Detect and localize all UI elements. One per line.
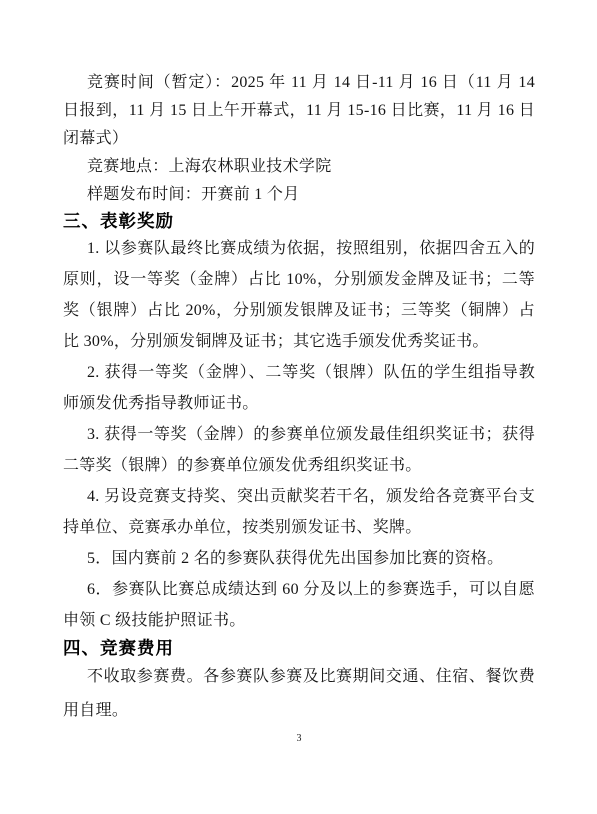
paragraph-sample-release-time: 样题发布时间：开赛前 1 个月 <box>63 181 535 209</box>
document-page: 竞赛时间（暂定）：2025 年 11 月 14 日-11 月 16 日（11 月… <box>0 0 597 814</box>
section-heading-awards: 三、表彰奖励 <box>63 209 535 233</box>
page-number: 3 <box>63 732 535 746</box>
award-item-6: 6．参赛队比赛总成绩达到 60 分及以上的参赛选手，可以自愿申领 C 级技能护照… <box>63 574 535 636</box>
award-item-2: 2. 获得一等奖（金牌）、二等奖（银牌）队伍的学生组指导教师颁发优秀指导教师证书… <box>63 357 535 419</box>
paragraph-fees: 不收取参赛费。各参赛队参赛及比赛期间交通、住宿、餐饮费用自理。 <box>63 660 535 728</box>
paragraph-competition-schedule: 竞赛时间（暂定）：2025 年 11 月 14 日-11 月 16 日（11 月… <box>63 69 535 153</box>
award-item-5: 5．国内赛前 2 名的参赛队获得优先出国参加比赛的资格。 <box>63 543 535 574</box>
award-item-4: 4. 另设竞赛支持奖、突出贡献奖若干名，颁发给各竞赛平台支持单位、竞赛承办单位，… <box>63 481 535 543</box>
paragraph-competition-location: 竞赛地点：上海农林职业技术学院 <box>63 153 535 181</box>
section-heading-fees: 四、竞赛费用 <box>63 636 535 660</box>
award-item-1: 1. 以参赛队最终比赛成绩为依据，按照组别，依据四舍五入的原则，设一等奖（金牌）… <box>63 233 535 357</box>
award-item-3: 3. 获得一等奖（金牌）的参赛单位颁发最佳组织奖证书；获得二等奖（银牌）的参赛单… <box>63 419 535 481</box>
